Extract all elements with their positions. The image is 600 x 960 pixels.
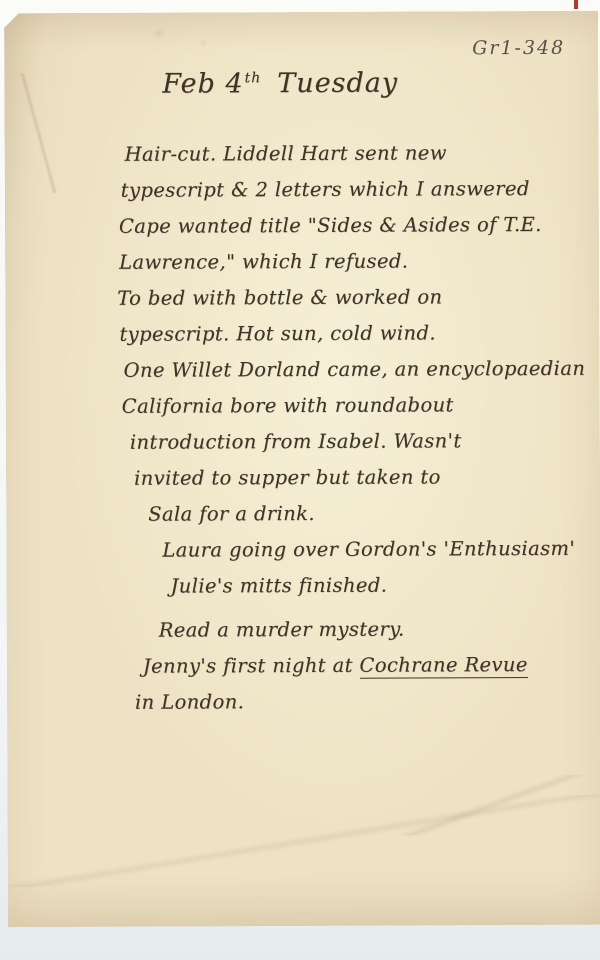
diary-line: invited to supper but taken to	[134, 459, 578, 497]
heading-day: Tuesday	[277, 68, 398, 100]
paper-crease	[381, 775, 600, 836]
diary-line: Cape wanted title "Sides & Asides of T.E…	[119, 207, 577, 245]
diary-line: typescript. Hot sun, cold wind.	[119, 315, 577, 353]
diary-line: Julie's mitts finished.	[170, 567, 578, 605]
heading-date: Feb 4	[162, 68, 243, 99]
diary-line: California bore with roundabout	[122, 387, 578, 425]
diary-line: Laura going over Gordon's 'Enthusiasm'	[162, 531, 578, 569]
diary-line: Lawrence," which I refused.	[119, 243, 577, 281]
diary-line: To bed with bottle & worked on	[117, 279, 577, 317]
diary-line: One Willet Dorland came, an encyclopaedi…	[123, 351, 577, 389]
paper-crease	[18, 73, 59, 193]
paper-crease	[7, 795, 600, 888]
diary-line: Sala for a drink.	[148, 495, 578, 533]
entry-date-heading: Feb 4thTuesday	[162, 68, 398, 100]
heading-ordinal: th	[245, 70, 262, 86]
underlined-text: Cochrane Revue	[359, 653, 527, 679]
paper-sheet: Gr1-348 Feb 4thTuesday Hair-cut. Liddell…	[4, 11, 600, 928]
foxing-stain	[154, 31, 164, 37]
catalog-number: Gr1-348	[472, 37, 565, 59]
diary-line: Jenny's first night at Cochrane Revue	[143, 647, 579, 685]
diary-entry-body: Hair-cut. Liddell Hart sent new typescri…	[117, 135, 580, 721]
scan-red-mark	[574, 0, 578, 9]
diary-line: introduction from Isabel. Wasn't	[130, 423, 578, 461]
diary-line: typescript & 2 letters which I answered	[121, 171, 577, 209]
foxing-stain	[200, 40, 206, 45]
scanned-diary-page: Gr1-348 Feb 4thTuesday Hair-cut. Liddell…	[0, 0, 600, 960]
diary-line: Hair-cut. Liddell Hart sent new	[125, 135, 577, 173]
diary-line: Read a murder mystery.	[159, 611, 579, 649]
diary-line: in London.	[135, 683, 579, 721]
